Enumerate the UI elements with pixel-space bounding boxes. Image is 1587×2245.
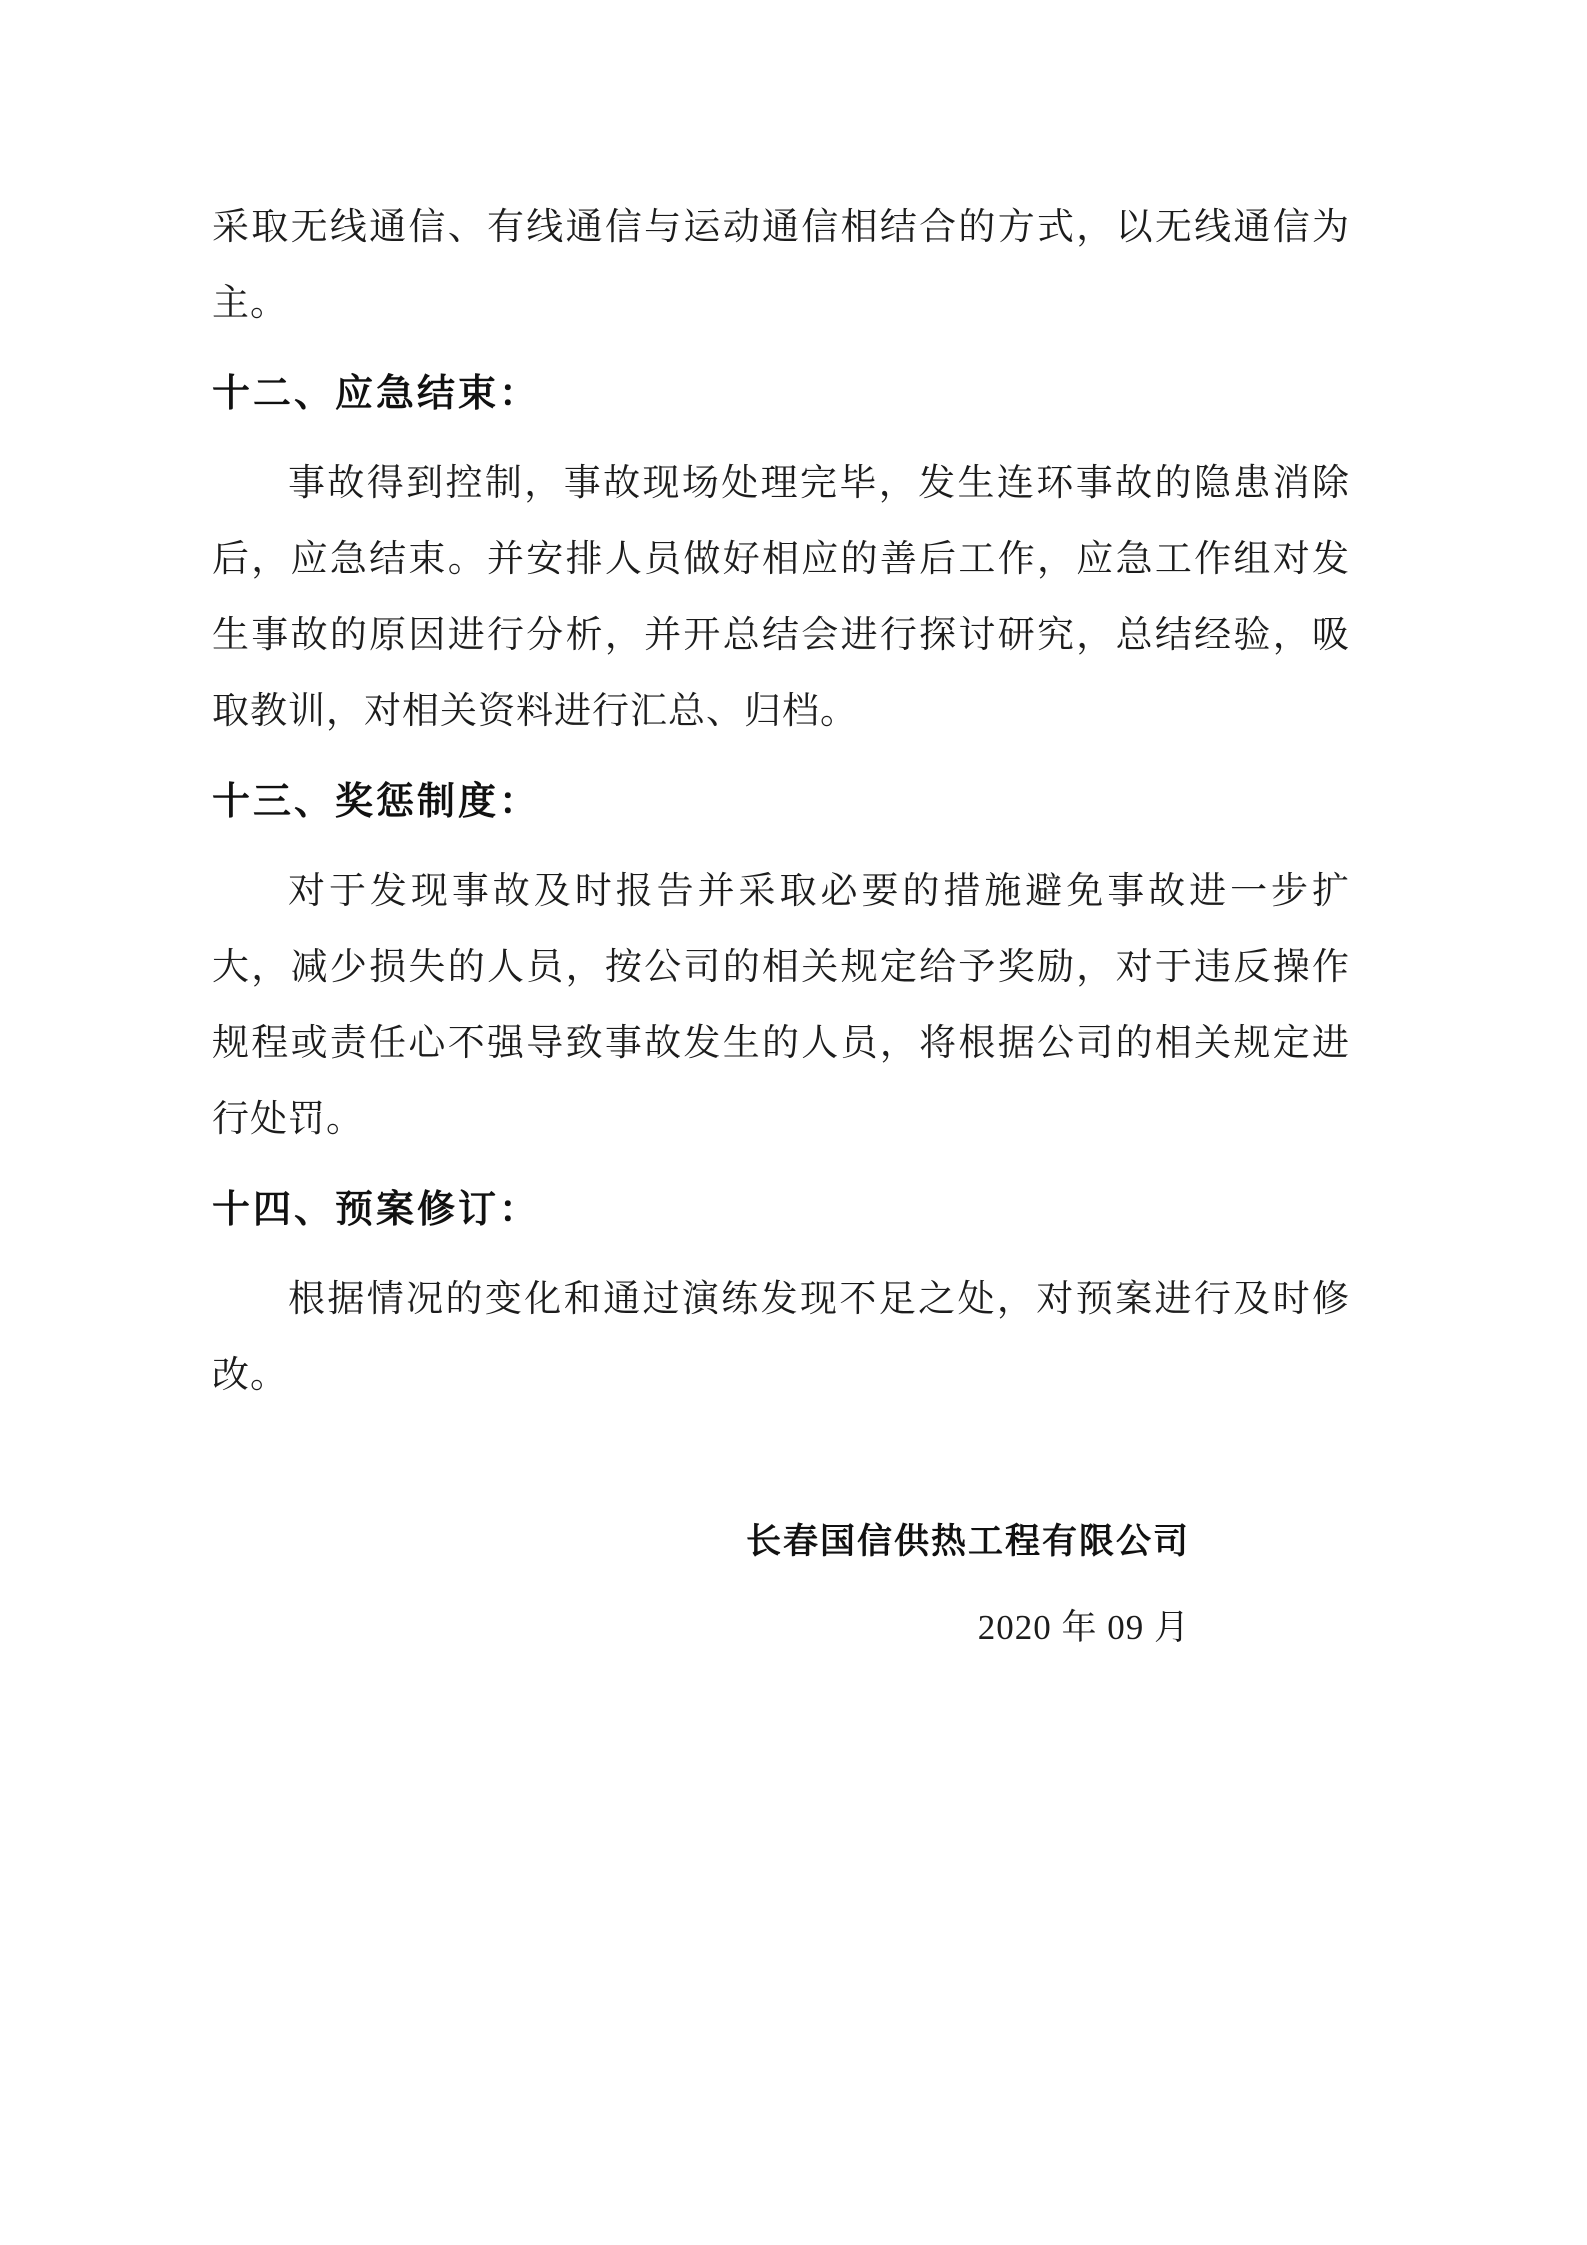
paragraph-section-13-body: 对于发现事故及时报告并采取必要的措施避免事故进一步扩大，减少损失的人员，按公司的… bbox=[212, 854, 1350, 1158]
heading-section-13-reward-punishment: 十三、奖惩制度： bbox=[212, 764, 1350, 840]
document-page: 采取无线通信、有线通信与运动通信相结合的方式，以无线通信为主。 十二、应急结束：… bbox=[0, 0, 1587, 2245]
paragraph-communication-continuation: 采取无线通信、有线通信与运动通信相结合的方式，以无线通信为主。 bbox=[212, 190, 1350, 342]
signature-date: 2020 年 09 月 bbox=[212, 1590, 1190, 1666]
heading-section-14-plan-revision: 十四、预案修订： bbox=[212, 1172, 1350, 1248]
signature-block: 长春国信供热工程有限公司 2020 年 09 月 bbox=[212, 1504, 1350, 1666]
paragraph-section-12-body: 事故得到控制，事故现场处理完毕，发生连环事故的隐患消除后，应急结束。并安排人员做… bbox=[212, 446, 1350, 750]
signature-company-name: 长春国信供热工程有限公司 bbox=[212, 1504, 1190, 1580]
paragraph-section-14-body: 根据情况的变化和通过演练发现不足之处，对预案进行及时修改。 bbox=[212, 1262, 1350, 1414]
heading-section-12-emergency-end: 十二、应急结束： bbox=[212, 356, 1350, 432]
